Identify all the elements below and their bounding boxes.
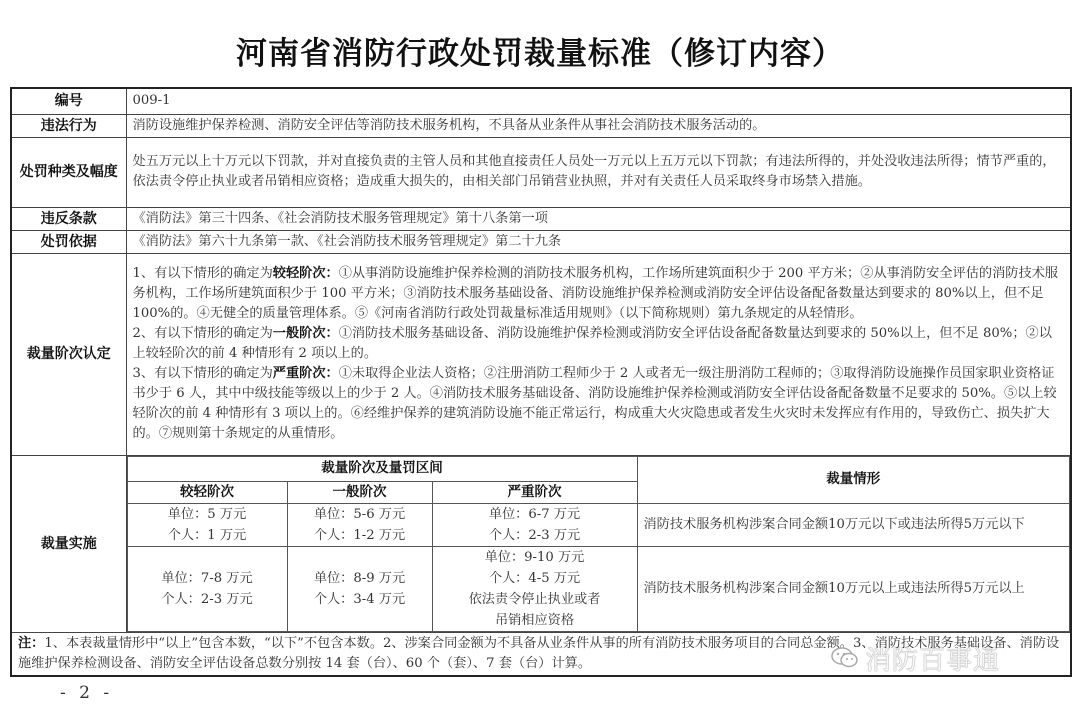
- group-header: 裁量阶次及量罚区间: [127, 456, 637, 481]
- tier-header-serious: 严重阶次: [432, 481, 637, 503]
- page-number: - 2 -: [60, 683, 113, 703]
- general-range: 单位：5-6 万元个人：1-2 万元: [287, 503, 432, 546]
- extra-penalty: 吊销相应资格: [437, 610, 633, 631]
- individual-fine: 个人：3-4 万元: [292, 589, 428, 610]
- situation-text: 消防技术服务机构涉案合同金额10万元以下或违法所得5万元以下: [637, 503, 1070, 546]
- row-tier-determination: 裁量阶次认定 1、有以下情形的确定为较轻阶次：①从事消防设施维护保养检测的消防技…: [11, 253, 1071, 455]
- serious-range: 单位：9-10 万元个人：4-5 万元依法责令停止执业或者吊销相应资格: [432, 546, 637, 631]
- note-label: 注：: [18, 636, 44, 651]
- row-violated-clause: 违反条款 《消防法》第三十四条、《社会消防技术服务管理规定》第十八条第一项: [11, 207, 1071, 230]
- penalty-basis-label: 处罚依据: [11, 230, 126, 253]
- unit-fine: 单位：5-6 万元: [292, 504, 428, 525]
- implementation-row: 单位：7-8 万元个人：2-3 万元 单位：8-9 万元个人：3-4 万元 单位…: [127, 546, 1070, 631]
- row-violation: 违法行为 消防设施维护保养检测、消防安全评估等消防技术服务机构，不具备从业条件从…: [11, 114, 1071, 137]
- tier-item-serious: 3、有以下情形的确定为严重阶次：①未取得企业法人资格；②注册消防工程师少于 2 …: [133, 364, 1065, 444]
- tier-name-light: 较轻阶次：: [273, 266, 339, 281]
- unit-fine: 单位：6-7 万元: [437, 504, 633, 525]
- implementation-subtable-cell: 裁量阶次及量罚区间 裁量情形 较轻阶次 一般阶次 严重阶次 单位：5 万元个人：…: [126, 455, 1071, 632]
- tier-item-light: 1、有以下情形的确定为较轻阶次：①从事消防设施维护保养检测的消防技术服务机构，工…: [133, 264, 1065, 324]
- individual-fine: 个人：1-2 万元: [292, 525, 428, 546]
- individual-fine: 个人：1 万元: [132, 525, 283, 546]
- tier-determination-value: 1、有以下情形的确定为较轻阶次：①从事消防设施维护保养检测的消防技术服务机构，工…: [126, 253, 1071, 455]
- row-number: 编号 009-1: [11, 88, 1071, 114]
- penalty-standard-table: 编号 009-1 违法行为 消防设施维护保养检测、消防安全评估等消防技术服务机构…: [10, 87, 1072, 677]
- penalty-type-label: 处罚种类及幅度: [11, 137, 126, 207]
- tier-header-light: 较轻阶次: [127, 481, 287, 503]
- tier-prefix: 2、有以下情形的确定为: [133, 326, 273, 341]
- row-penalty-type: 处罚种类及幅度 处五万元以上十万元以下罚款，并对直接负责的主管人员和其他直接责任…: [11, 137, 1071, 207]
- unit-fine: 单位：7-8 万元: [132, 568, 283, 589]
- individual-fine: 个人：2-3 万元: [132, 589, 283, 610]
- general-range: 单位：8-9 万元个人：3-4 万元: [287, 546, 432, 631]
- individual-fine: 个人：4-5 万元: [437, 568, 633, 589]
- number-value: 009-1: [126, 88, 1071, 114]
- document-title: 河南省消防行政处罚裁量标准（修订内容）: [0, 28, 1080, 73]
- row-penalty-basis: 处罚依据 《消防法》第六十九条第一款、《社会消防技术服务管理规定》第二十九条: [11, 230, 1071, 253]
- implementation-label: 裁量实施: [11, 455, 126, 632]
- implementation-subtable: 裁量阶次及量罚区间 裁量情形 较轻阶次 一般阶次 严重阶次 单位：5 万元个人：…: [127, 456, 1071, 632]
- individual-fine: 个人：2-3 万元: [437, 525, 633, 546]
- unit-fine: 单位：9-10 万元: [437, 547, 633, 568]
- tier-header-general: 一般阶次: [287, 481, 432, 503]
- watermark: 消防百事通: [865, 640, 1000, 677]
- situation-header: 裁量情形: [637, 456, 1070, 503]
- violation-label: 违法行为: [11, 114, 126, 137]
- violation-value: 消防设施维护保养检测、消防安全评估等消防技术服务机构，不具备从业条件从事社会消防…: [126, 114, 1071, 137]
- tier-name-serious: 严重阶次：: [273, 366, 339, 381]
- light-range: 单位：5 万元个人：1 万元: [127, 503, 287, 546]
- penalty-basis-value: 《消防法》第六十九条第一款、《社会消防技术服务管理规定》第二十九条: [126, 230, 1071, 253]
- violated-clause-label: 违反条款: [11, 207, 126, 230]
- light-range: 单位：7-8 万元个人：2-3 万元: [127, 546, 287, 631]
- tier-item-general: 2、有以下情形的确定为一般阶次：①消防技术服务基础设备、消防设施维护保养检测或消…: [133, 324, 1065, 364]
- penalty-type-value: 处五万元以上十万元以下罚款，并对直接负责的主管人员和其他直接责任人员处一万元以上…: [126, 137, 1071, 207]
- extra-penalty: 依法责令停止执业或者: [437, 589, 633, 610]
- number-label: 编号: [11, 88, 126, 114]
- wechat-icon: [830, 646, 860, 668]
- violated-clause-value: 《消防法》第三十四条、《社会消防技术服务管理规定》第十八条第一项: [126, 207, 1071, 230]
- tier-prefix: 1、有以下情形的确定为: [133, 266, 273, 281]
- tier-name-general: 一般阶次：: [273, 326, 339, 341]
- unit-fine: 单位：8-9 万元: [292, 568, 428, 589]
- serious-range: 单位：6-7 万元个人：2-3 万元: [432, 503, 637, 546]
- unit-fine: 单位：5 万元: [132, 504, 283, 525]
- tier-prefix: 3、有以下情形的确定为: [133, 366, 273, 381]
- row-implementation: 裁量实施 裁量阶次及量罚区间 裁量情形 较轻阶次 一般阶次 严重阶次 单位：5 …: [11, 455, 1071, 632]
- situation-text: 消防技术服务机构涉案合同金额10万元以上或违法所得5万元以上: [637, 546, 1070, 631]
- tier-determination-label: 裁量阶次认定: [11, 253, 126, 455]
- implementation-row: 单位：5 万元个人：1 万元 单位：5-6 万元个人：1-2 万元 单位：6-7…: [127, 503, 1070, 546]
